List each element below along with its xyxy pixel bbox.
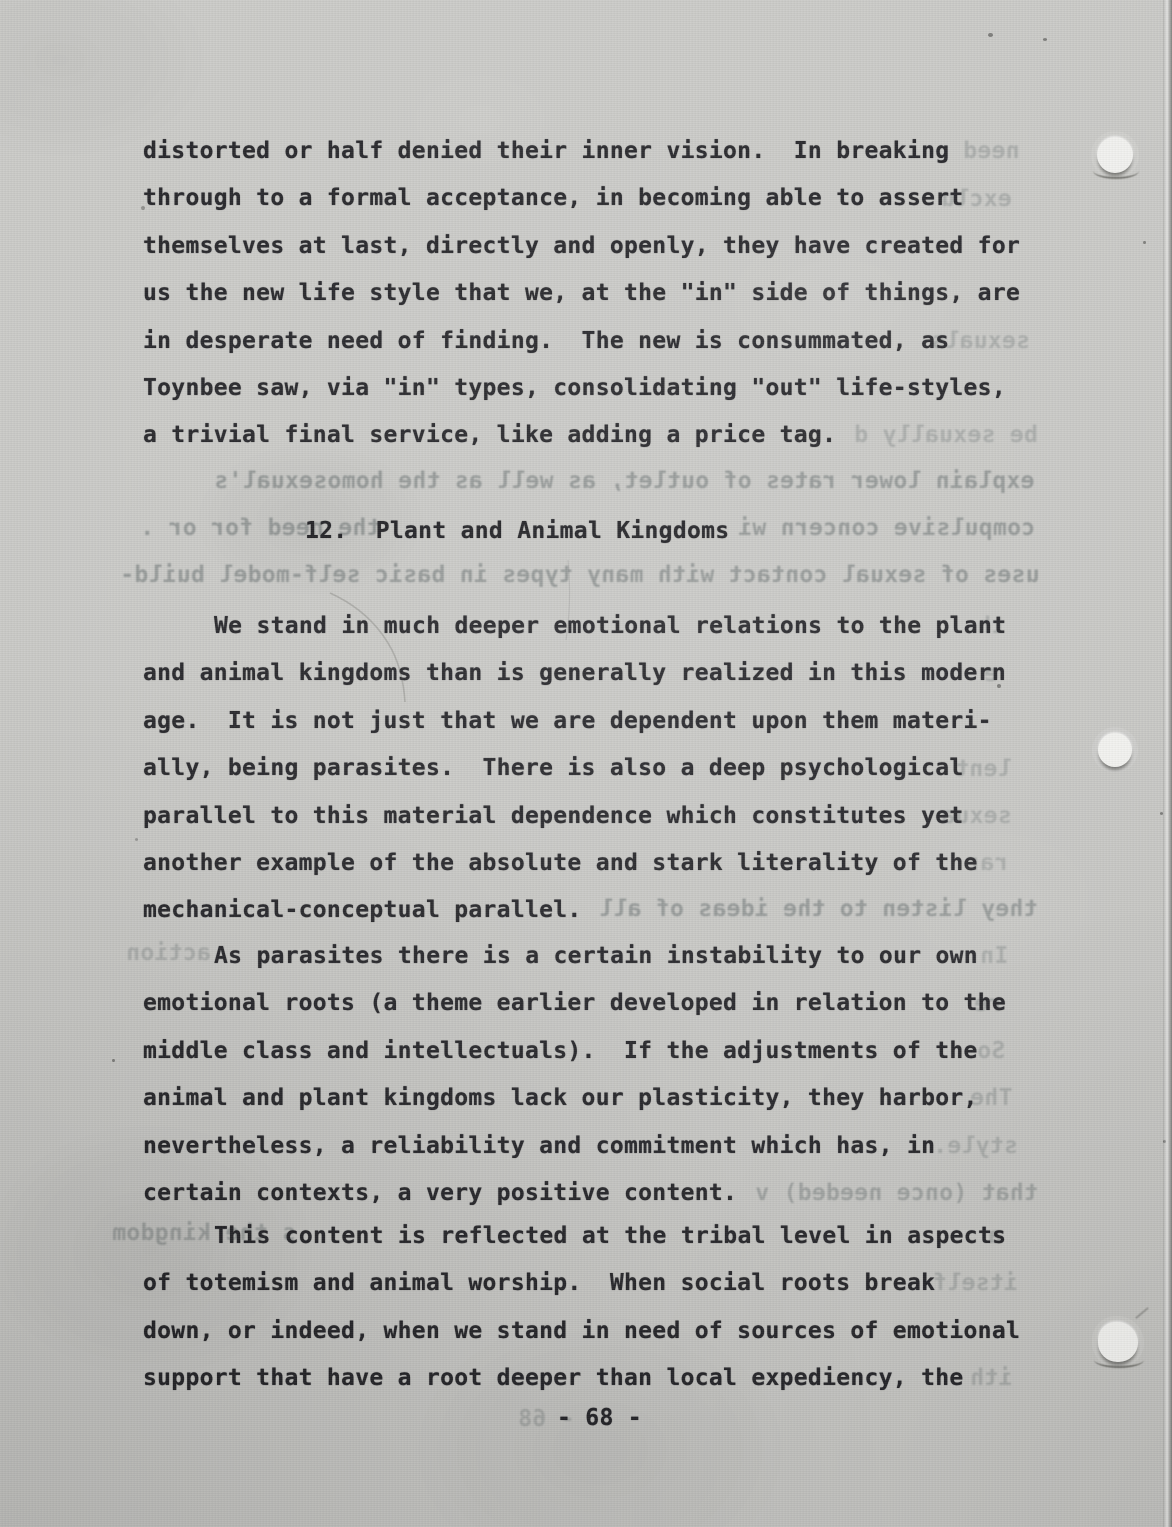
scanned-typewritten-page: need exclu sexuals be sexually d explain… bbox=[0, 0, 1172, 1527]
text-line: ally, being parasites. There is also a d… bbox=[143, 745, 1006, 792]
text-line: animal and plant kingdoms lack our plast… bbox=[143, 1075, 1006, 1122]
hole-punch bbox=[1098, 1322, 1138, 1362]
text-line: We stand in much deeper emotional relati… bbox=[143, 603, 1006, 650]
paper-speck bbox=[997, 684, 1001, 688]
paper-speck bbox=[135, 838, 138, 841]
text-line: another example of the absolute and star… bbox=[143, 840, 1006, 887]
paragraph: This content is reflected at the tribal … bbox=[143, 1213, 1020, 1403]
ghost-text-fragment: compulsive concern wi bbox=[738, 505, 1035, 552]
text-line: Toynbee saw, via "in" types, consolidati… bbox=[143, 365, 1020, 412]
text-line: distorted or half denied their inner vis… bbox=[143, 128, 1020, 175]
paper-speck bbox=[141, 206, 145, 210]
text-line: certain contexts, a very positive conten… bbox=[143, 1170, 1006, 1217]
paragraph: We stand in much deeper emotional relati… bbox=[143, 603, 1006, 935]
hole-punch bbox=[1097, 137, 1133, 173]
section-heading: 12. Plant and Animal Kingdoms bbox=[305, 508, 729, 555]
text-line: and animal kingdoms than is generally re… bbox=[143, 650, 1006, 697]
paper-speck bbox=[1043, 38, 1047, 41]
page-number: - 68 - bbox=[557, 1395, 642, 1442]
text-line: This content is reflected at the tribal … bbox=[143, 1213, 1020, 1260]
paragraph: As parasites there is a certain instabil… bbox=[143, 933, 1006, 1217]
text-line: of totemism and animal worship. When soc… bbox=[143, 1260, 1020, 1307]
text-line: nevertheless, a reliability and commitme… bbox=[143, 1123, 1006, 1170]
hole-punch bbox=[1098, 733, 1132, 767]
text-line: in desperate need of finding. The new is… bbox=[143, 318, 1020, 365]
paragraph: distorted or half denied their inner vis… bbox=[143, 128, 1020, 460]
text-line: mechanical-conceptual parallel. bbox=[143, 887, 1006, 934]
text-line: us the new life style that we, at the "i… bbox=[143, 270, 1020, 317]
paper-speck bbox=[988, 33, 993, 37]
text-line: As parasites there is a certain instabil… bbox=[143, 933, 1006, 980]
text-line: down, or indeed, when we stand in need o… bbox=[143, 1308, 1020, 1355]
text-line: through to a formal acceptance, in becom… bbox=[143, 175, 1020, 222]
text-line: themselves at last, directly and openly,… bbox=[143, 223, 1020, 270]
paper-speck bbox=[112, 1059, 115, 1062]
paper-speck bbox=[1143, 241, 1146, 244]
page-edge bbox=[1163, 0, 1172, 1527]
ghost-text-line: explain lower rates of outlet, as well a… bbox=[214, 458, 1035, 505]
text-line: middle class and intellectuals). If the … bbox=[143, 1028, 1006, 1075]
text-line: a trivial final service, like adding a p… bbox=[143, 412, 1020, 459]
text-line: age. It is not just that we are dependen… bbox=[143, 698, 1006, 745]
ghost-text-line: uses of sexual contact with many types i… bbox=[120, 552, 1040, 599]
text-line: parallel to this material dependence whi… bbox=[143, 793, 1006, 840]
text-line: emotional roots (a theme earlier develop… bbox=[143, 980, 1006, 1027]
